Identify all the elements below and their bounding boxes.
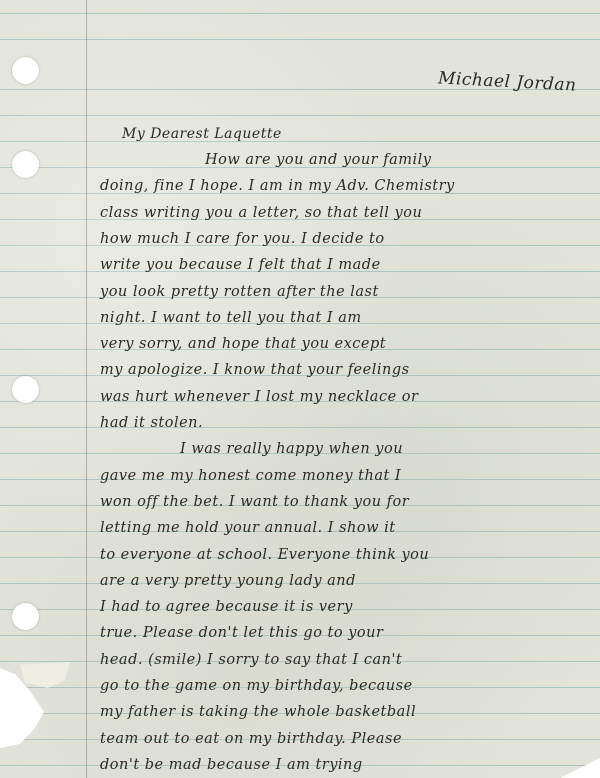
letter-line: night. I want to tell you that I am bbox=[100, 310, 362, 326]
salutation: My Dearest Laquette bbox=[122, 126, 282, 142]
letter-line: gave me my honest come money that I bbox=[100, 468, 401, 484]
letter-line: my apologize. I know that your feelings bbox=[100, 362, 410, 378]
letter-line: my father is taking the whole basketball bbox=[100, 704, 416, 720]
letter-line: write you because I felt that I made bbox=[100, 257, 381, 273]
letter-line: team out to eat on my birthday. Please bbox=[100, 731, 402, 747]
letter-line: you look pretty rotten after the last bbox=[100, 284, 379, 300]
letter-line: how much I care for you. I decide to bbox=[100, 231, 385, 247]
page-corner bbox=[560, 758, 600, 778]
letter-line: doing, fine I hope. I am in my Adv. Chem… bbox=[100, 178, 455, 194]
binder-hole-2 bbox=[12, 151, 39, 178]
letter-line: go to the game on my birthday, because bbox=[100, 678, 413, 694]
letter-line: very sorry, and hope that you except bbox=[100, 336, 386, 352]
torn-paper-flap bbox=[20, 662, 70, 688]
letter-line: was hurt whenever I lost my necklace or bbox=[100, 389, 418, 405]
letter-line: I had to agree because it is very bbox=[100, 599, 353, 615]
letter-line: I was really happy when you bbox=[180, 441, 403, 457]
letter-line: true. Please don't let this go to your bbox=[100, 625, 383, 641]
margin-line bbox=[86, 0, 87, 778]
binder-hole-1 bbox=[12, 57, 39, 84]
letter-line: to everyone at school. Everyone think yo… bbox=[100, 547, 429, 563]
signature: Michael Jordan bbox=[438, 68, 577, 95]
letter-line: won off the bet. I want to thank you for bbox=[100, 494, 409, 510]
letter-line: How are you and your family bbox=[205, 152, 431, 168]
letter-line: class writing you a letter, so that tell… bbox=[100, 205, 422, 221]
letter-line: don't be mad because I am trying bbox=[100, 757, 363, 773]
letter-line: head. (smile) I sorry to say that I can'… bbox=[100, 652, 402, 668]
letter-line: are a very pretty young lady and bbox=[100, 573, 356, 589]
letter-line: letting me hold your annual. I show it bbox=[100, 520, 396, 536]
binder-hole-3 bbox=[12, 376, 39, 403]
notebook-page: Michael Jordan My Dearest Laquette How a… bbox=[0, 0, 600, 778]
binder-hole-4 bbox=[12, 603, 39, 630]
letter-line: had it stolen. bbox=[100, 415, 203, 431]
